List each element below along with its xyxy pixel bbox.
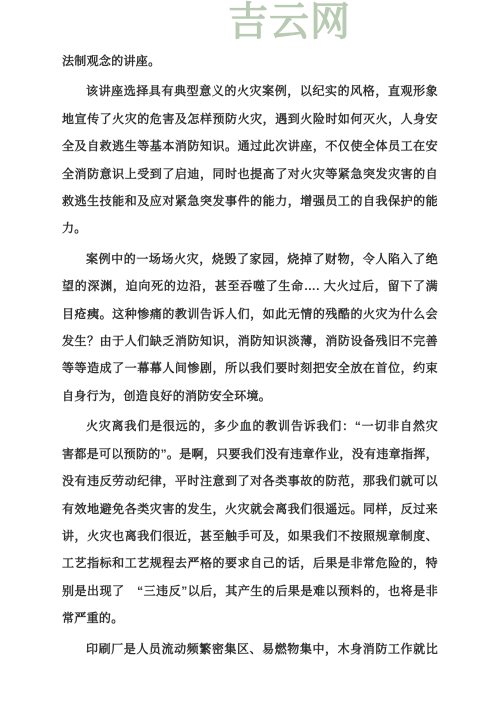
text-line: 全及自救逃生等基本消防知识。通过此次讲座，不仅使全体员工在安: [62, 133, 438, 160]
paragraph: 印刷厂是人员流动频繁密集区、易燃物集中，木身消防工作就比: [62, 636, 438, 663]
text-line: 没有违反劳动纪律，平时注意到了对各类事故的防范，那我们就可以: [62, 468, 438, 495]
text-line: 自身行为，创造良好的消防安全环境。: [62, 383, 438, 410]
text-line: 火灾离我们是很远的，多少血的教训告诉我们：“一切非自然灾: [62, 413, 438, 440]
text-line: 地宣传了火灾的危害及怎样预防火灾，遇到火险时如何灭火，人身安: [62, 106, 438, 133]
text-line: 救逃生技能和及应对紧急突发事件的能力，增强员工的自我保护的能: [62, 188, 438, 215]
paragraph: 该讲座选择具有典型意义的火灾案例，以纪实的风格，直观形象地宣传了火灾的危害及怎样…: [62, 78, 438, 242]
document-body: 法制观念的讲座。该讲座选择具有典型意义的火灾案例，以纪实的风格，直观形象地宣传了…: [62, 48, 438, 663]
text-line: 案例中的一场场火灾，烧毁了家园，烧掉了财物，令人陷入了绝: [62, 246, 438, 273]
text-line: 目疮痍。这种惨痛的教训告诉人们，如此无情的残酷的火灾为什么会: [62, 301, 438, 328]
text-line: 讲，火灾也离我们很近，甚至触手可及，如果我们不按照规章制度、: [62, 523, 438, 550]
paragraph: 法制观念的讲座。: [62, 48, 438, 75]
text-line: 发生？由于人们缺乏消防知识，消防知识淡薄，消防设备残旧不完善: [62, 328, 438, 355]
text-line: 害都是可以预防的”。是啊，只要我们没有违章作业，没有违章指挥，: [62, 441, 438, 468]
text-line: 别是出现了 “三违反”以后，其产生的后果是难以预料的，也将是非: [62, 578, 438, 605]
paragraph: 案例中的一场场火灾，烧毁了家园，烧掉了财物，令人陷入了绝望的深渊，迫向死的边沿，…: [62, 246, 438, 410]
text-line: 印刷厂是人员流动频繁密集区、易燃物集中，木身消防工作就比: [62, 636, 438, 663]
document-page: 吉云网 法制观念的讲座。该讲座选择具有典型意义的火灾案例，以纪实的风格，直观形象…: [0, 0, 500, 707]
text-line: 望的深渊，迫向死的边沿，甚至吞噬了生命…. 大火过后，留下了满: [62, 273, 438, 300]
site-watermark: 吉云网: [228, 0, 351, 44]
text-line: 有效地避免各类灾害的发生，火灾就会离我们很遥远。同样，反过来: [62, 496, 438, 523]
text-line: 工艺指标和工艺规程去严格的要求自己的话，后果是非常危险的，特: [62, 550, 438, 577]
paragraph: 火灾离我们是很远的，多少血的教训告诉我们：“一切非自然灾害都是可以预防的”。是啊…: [62, 413, 438, 632]
text-line: 全消防意识上受到了启迪，同时也提髙了对火灾等紧急突发灾害的自: [62, 161, 438, 188]
text-line: 常严重的。: [62, 605, 438, 632]
text-line: 该讲座选择具有典型意义的火灾案例，以纪实的风格，直观形象: [62, 78, 438, 105]
text-line: 法制观念的讲座。: [62, 48, 438, 75]
text-line: 等等造成了一幕幕人间惨剧，所以我们要时刻把安全放在首位，约束: [62, 355, 438, 382]
text-line: 力。: [62, 215, 438, 242]
